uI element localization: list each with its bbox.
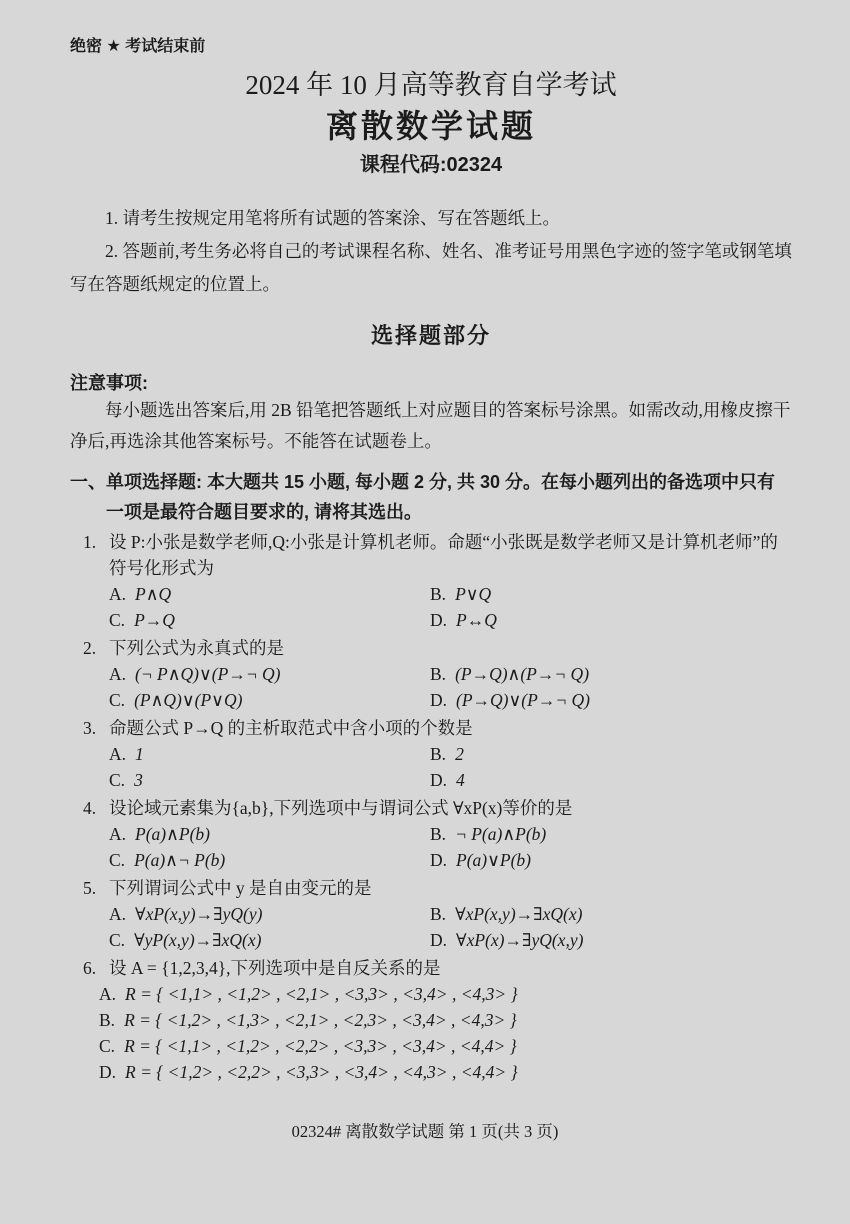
question-5-options: A.∀xP(x,y)→∃yQ(y) B.∀xP(x,y)→∃xQ(x) C.∀y… (109, 901, 792, 953)
notice-heading: 注意事项: (70, 371, 792, 395)
question-2-option-d: D.(P→Q)∨(P→¬ Q) (430, 687, 792, 713)
exam-session-title: 2024 年 10 月高等教育自学考试 (70, 68, 792, 102)
option-text: P∧Q (135, 584, 171, 604)
question-5-option-d: D.∀xP(x)→∃yQ(x,y) (430, 927, 792, 953)
option-label: C. (109, 847, 125, 873)
question-1-options: A.P∧Q B.P∨Q C.P→Q D.P↔Q (109, 581, 792, 633)
option-label: B. (430, 581, 446, 607)
question-2-options: A.(¬ P∧Q)∨(P→¬ Q) B.(P→Q)∧(P→¬ Q) C.(P∧Q… (109, 661, 792, 713)
question-1-stem: 设 P:小张是数学老师,Q:小张是计算机老师。命题“小张既是数学老师又是计算机老… (109, 529, 792, 581)
option-label: C. (109, 767, 125, 793)
course-code: 课程代码:02324 (70, 152, 792, 178)
question-4-stem: 设论域元素集为{a,b},下列选项中与谓词公式 ∀xP(x)等价的是 (109, 795, 792, 821)
option-text: 2 (455, 744, 464, 764)
option-label: A. (109, 901, 126, 927)
question-2-option-c: C.(P∧Q)∨(P∨Q) (109, 687, 430, 713)
option-text: ∀xP(x)→∃yQ(x,y) (456, 930, 583, 950)
instruction-2: 2. 答题前,考生务必将自己的考试课程名称、姓名、准考证号用黑色字迹的签字笔或钢… (70, 235, 792, 301)
instruction-1: 1. 请考生按规定用笔将所有试题的答案涂、写在答题纸上。 (70, 202, 792, 235)
question-1-option-c: C.P→Q (109, 607, 430, 633)
exam-subject-title: 离散数学试题 (70, 106, 792, 146)
question-3-option-a: A.1 (109, 741, 430, 767)
question-4: 4. 设论域元素集为{a,b},下列选项中与谓词公式 ∀xP(x)等价的是 A.… (70, 795, 792, 873)
question-3-number: 3. (83, 715, 109, 741)
option-text: 3 (134, 770, 143, 790)
question-3-option-b: B.2 (430, 741, 792, 767)
option-label: A. (109, 741, 126, 767)
question-4-options: A.P(a)∧P(b) B.¬ P(a)∧P(b) C.P(a)∧¬ P(b) … (109, 821, 792, 873)
option-label: D. (430, 767, 447, 793)
option-label: C. (109, 927, 125, 953)
question-4-number: 4. (83, 795, 109, 821)
option-text: ¬ P(a)∧P(b) (455, 824, 546, 844)
question-6: 6. 设 A = {1,2,3,4},下列选项中是自反关系的是 A.R = { … (70, 955, 792, 1085)
question-4-option-a: A.P(a)∧P(b) (109, 821, 430, 847)
question-2-option-b: B.(P→Q)∧(P→¬ Q) (430, 661, 792, 687)
question-1-option-a: A.P∧Q (109, 581, 430, 607)
option-text: ∀xP(x,y)→∃xQ(x) (455, 904, 582, 924)
question-3-option-d: D.4 (430, 767, 792, 793)
option-text: 1 (135, 744, 144, 764)
question-5-option-c: C.∀yP(x,y)→∃xQ(x) (109, 927, 430, 953)
question-6-option-c: C.R = { <1,1> , <1,2> , <2,2> , <3,3> , … (99, 1033, 792, 1059)
question-4-option-d: D.P(a)∨P(b) (430, 847, 792, 873)
option-label: D. (430, 687, 447, 713)
question-5-stem: 下列谓词公式中 y 是自由变元的是 (109, 875, 792, 901)
section-title: 选择题部分 (70, 321, 792, 351)
option-text: P∨Q (455, 584, 491, 604)
option-text: P↔Q (456, 610, 497, 630)
question-3-options: A.1 B.2 C.3 D.4 (109, 741, 792, 793)
question-1: 1. 设 P:小张是数学老师,Q:小张是计算机老师。命题“小张既是数学老师又是计… (70, 529, 792, 633)
option-label: D. (99, 1059, 116, 1085)
option-label: B. (430, 661, 446, 687)
option-label: D. (430, 847, 447, 873)
option-text: 4 (456, 770, 465, 790)
question-2-option-a: A.(¬ P∧Q)∨(P→¬ Q) (109, 661, 430, 687)
option-label: A. (109, 661, 126, 687)
option-text: R = { <1,2> , <1,3> , <2,1> , <2,3> , <3… (124, 1010, 517, 1030)
question-6-options: A.R = { <1,1> , <1,2> , <2,1> , <3,3> , … (109, 981, 792, 1085)
question-4-option-c: C.P(a)∧¬ P(b) (109, 847, 430, 873)
option-label: C. (109, 687, 125, 713)
question-6-stem: 设 A = {1,2,3,4},下列选项中是自反关系的是 (109, 955, 792, 981)
question-4-option-b: B.¬ P(a)∧P(b) (430, 821, 792, 847)
option-text: P(a)∧P(b) (135, 824, 210, 844)
question-6-number: 6. (83, 955, 109, 981)
option-label: B. (430, 741, 446, 767)
question-6-option-d: D.R = { <1,2> , <2,2> , <3,3> , <3,4> , … (99, 1059, 792, 1085)
question-3-option-c: C.3 (109, 767, 430, 793)
option-text: (P→Q)∨(P→¬ Q) (456, 690, 590, 710)
option-text: ∀yP(x,y)→∃xQ(x) (134, 930, 261, 950)
question-5-number: 5. (83, 875, 109, 901)
page-footer: 02324# 离散数学试题 第 1 页(共 3 页) (0, 1118, 850, 1142)
part1-heading: 一、单项选择题: 本大题共 15 小题, 每小题 2 分, 共 30 分。在每小… (70, 467, 792, 527)
option-text: R = { <1,1> , <1,2> , <2,1> , <3,3> , <3… (125, 984, 518, 1004)
question-1-option-d: D.P↔Q (430, 607, 792, 633)
option-text: R = { <1,2> , <2,2> , <3,3> , <3,4> , <4… (125, 1062, 518, 1082)
option-text: ∀xP(x,y)→∃yQ(y) (135, 904, 262, 924)
question-5-option-a: A.∀xP(x,y)→∃yQ(y) (109, 901, 430, 927)
option-text: P(a)∧¬ P(b) (134, 850, 225, 870)
option-label: B. (99, 1007, 115, 1033)
question-1-option-b: B.P∨Q (430, 581, 792, 607)
option-label: A. (99, 981, 116, 1007)
question-2-stem: 下列公式为永真式的是 (109, 635, 792, 661)
option-label: C. (109, 607, 125, 633)
question-6-option-a: A.R = { <1,1> , <1,2> , <2,1> , <3,3> , … (99, 981, 792, 1007)
option-text: (¬ P∧Q)∨(P→¬ Q) (135, 664, 280, 684)
notice-body: 每小题选出答案后,用 2B 铅笔把答题纸上对应题目的答案标号涂黑。如需改动,用橡… (70, 395, 792, 457)
option-text: (P→Q)∧(P→¬ Q) (455, 664, 589, 684)
option-label: D. (430, 927, 447, 953)
question-5: 5. 下列谓词公式中 y 是自由变元的是 A.∀xP(x,y)→∃yQ(y) B… (70, 875, 792, 953)
question-2-number: 2. (83, 635, 109, 661)
option-label: B. (430, 901, 446, 927)
option-text: P→Q (134, 610, 175, 630)
question-6-option-b: B.R = { <1,2> , <1,3> , <2,1> , <2,3> , … (99, 1007, 792, 1033)
option-label: A. (109, 821, 126, 847)
classification-banner: 绝密 ★ 考试结束前 (70, 38, 792, 56)
option-label: D. (430, 607, 447, 633)
option-text: P(a)∨P(b) (456, 850, 531, 870)
question-2: 2. 下列公式为永真式的是 A.(¬ P∧Q)∨(P→¬ Q) B.(P→Q)∧… (70, 635, 792, 713)
option-text: R = { <1,1> , <1,2> , <2,2> , <3,3> , <3… (124, 1036, 517, 1056)
option-label: A. (109, 581, 126, 607)
question-3-stem: 命题公式 P→Q 的主析取范式中含小项的个数是 (109, 715, 792, 741)
option-label: C. (99, 1033, 115, 1059)
option-label: B. (430, 821, 446, 847)
question-5-option-b: B.∀xP(x,y)→∃xQ(x) (430, 901, 792, 927)
option-text: (P∧Q)∨(P∨Q) (134, 690, 242, 710)
question-1-number: 1. (83, 529, 109, 581)
question-3: 3. 命题公式 P→Q 的主析取范式中含小项的个数是 A.1 B.2 C.3 D… (70, 715, 792, 793)
exam-page: 绝密 ★ 考试结束前 2024 年 10 月高等教育自学考试 离散数学试题 课程… (0, 0, 850, 1224)
